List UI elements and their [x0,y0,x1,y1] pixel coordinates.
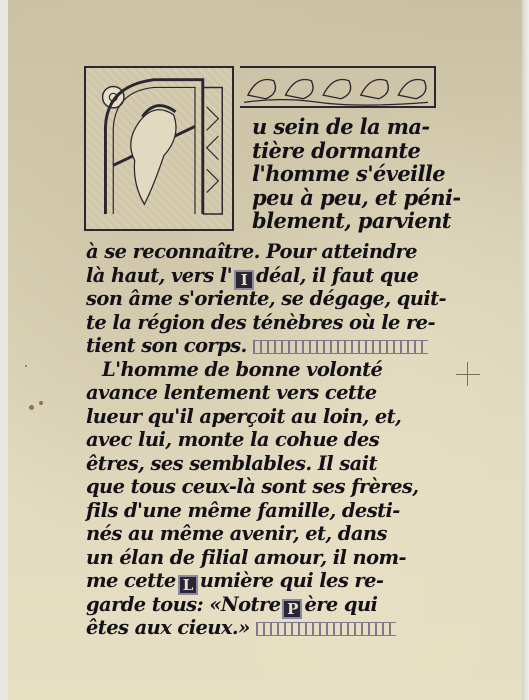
ornament-masks-icon [240,68,434,106]
text-line: avec lui, monte la cohue des [86,428,446,452]
top-ornamental-band [240,66,436,108]
text-line: son âme s'oriente, se dégage, quit- [86,287,446,311]
drop-cap-art-icon [86,68,232,229]
text-line: u sein de la ma- [252,115,460,139]
text-line: peu à peu, et péni- [252,186,460,210]
paper-right-edge [522,0,529,700]
text-line: nés au même avenir, et, dans [86,522,446,546]
illuminated-drop-cap [84,66,234,231]
text-line: te la région des ténèbres où le re- [86,311,446,335]
text-line: blement, parvient [252,209,460,233]
foxing-spot [39,401,43,405]
foxing-spot [29,405,34,410]
text-line: que tous ceux-là sont ses frères, [86,475,446,499]
main-body-text: à se reconnaître. Pour atteindre là haut… [86,240,446,640]
text-line: tient son corps. [86,334,446,358]
ornamental-line-filler [253,340,428,354]
ornamental-line-filler [256,622,396,636]
text-line: l'homme s'éveille [252,162,460,186]
text-line: me cetteLumière qui les re- [86,569,446,593]
text-line: un élan de filial amour, il nom- [86,546,446,570]
foxing-spot [25,365,27,367]
text-line: lueur qu'il aperçoit au loin, et, [86,405,446,429]
text-line: fils d'une même famille, desti- [86,499,446,523]
text-line: à se reconnaître. Pour atteindre [86,240,446,264]
text-line: avance lentement vers cette [86,381,446,405]
text-line: êtres, ses semblables. Il sait [86,452,446,476]
text-line: là haut, vers l'Idéal, il faut que [86,264,446,288]
text-line: garde tous: «NotrePère qui [86,593,446,617]
capital-side-text: u sein de la ma- tière dormante l'homme … [252,115,460,233]
registration-crosshair-icon [456,362,480,386]
text-line: êtes aux cieux.» [86,616,446,640]
text-line: L'homme de bonne volonté [86,358,446,382]
text-line: tière dormante [252,139,460,163]
